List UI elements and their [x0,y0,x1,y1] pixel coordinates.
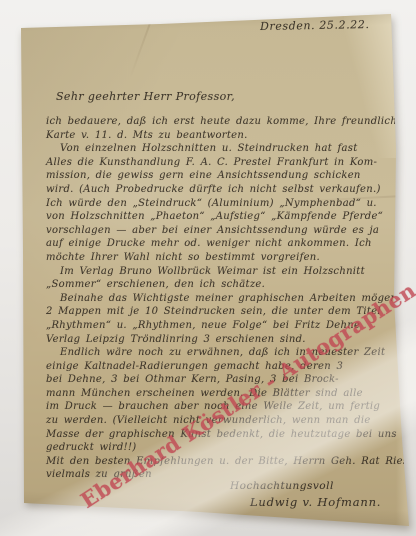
letter-line: „Sommer“ erschienen, den ich schätze. [46,278,378,292]
letter-line: 2 Mappen mit je 10 Steindrucken sein, di… [46,305,378,319]
letter-line: möchte Ihrer Wahl nicht so bestimmt vorg… [46,251,378,265]
letter-line: auf einige Drucke mehr od. weniger nicht… [46,237,378,251]
letter-line: vorschlagen — aber bei einer Ansichtssen… [46,224,378,238]
letter-salutation: Sehr geehrter Herr Professor, [56,90,235,103]
letter-line: mission, die gewiss gern eine Ansichtsse… [46,169,378,183]
paper-bottom-edge-shade [0,486,416,536]
letter-line: Ich würde den „Steindruck“ (Aluminium) „… [46,197,378,211]
letter-line: Beinahe das Wichtigste meiner graphische… [46,292,378,306]
letter-line: gedruckt wird!!) [46,441,378,455]
letter-date: Dresden. 25.2.22. [260,18,370,33]
paper-shadow: Dresden. 25.2.22. Sehr geehrter Herr Pro… [0,0,416,536]
letter-closing: Hochachtungsvoll [230,480,334,492]
letter-line: ich bedauere, daß ich erst heute dazu ko… [46,115,378,129]
letter-line: Von einzelnen Holzschnitten u. Steindruc… [46,142,378,156]
letter-line: Mit den besten Empfehlungen u. der Bitte… [46,455,378,469]
letter-line: von Holzschnitten „Phaeton“ „Aufstieg“ „… [46,210,378,224]
letter-line: Karte v. 11. d. Mts zu beantworten. [46,129,378,143]
letter-line: Alles die Kunsthandlung F. A. C. Prestel… [46,156,378,170]
scan-background: Dresden. 25.2.22. Sehr geehrter Herr Pro… [0,0,416,536]
letter-line: einige Kaltnadel-Radierungen gemacht hab… [46,360,378,374]
letter-paper: Dresden. 25.2.22. Sehr geehrter Herr Pro… [0,0,416,536]
letter-line: wird. (Auch Probedrucke dürfte ich nicht… [46,183,378,197]
letter-line: mann München erscheinen werden. Die Blät… [46,387,378,401]
letter-line: bei Dehne, 3 bei Othmar Kern, Pasing, 3 … [46,373,378,387]
letter-line: Im Verlag Bruno Wollbrück Weimar ist ein… [46,265,378,279]
